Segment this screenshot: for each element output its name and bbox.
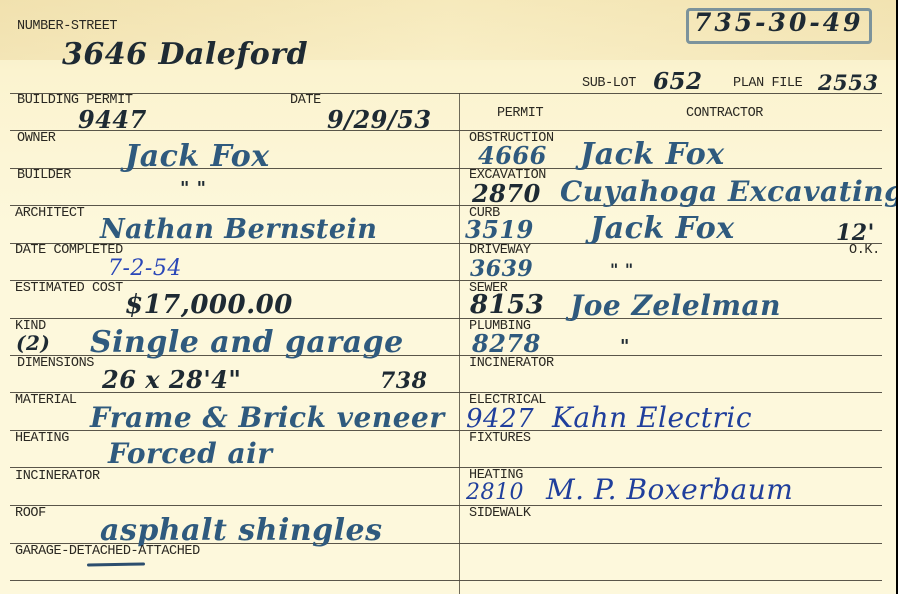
- date-completed-value: 7-2-54: [108, 258, 182, 280]
- obstruction-permit: 4666: [478, 144, 547, 168]
- plan-file-value: 2553: [818, 72, 878, 93]
- dimensions-value: 26 x 28'4": [102, 368, 241, 392]
- rule-line: [10, 580, 882, 581]
- electrical-contractor: Kahn Electric: [552, 404, 752, 432]
- owner-label: OWNER: [17, 132, 56, 146]
- roof-label: ROOF: [15, 507, 46, 521]
- heating-permit: 2810: [466, 482, 524, 504]
- driveway-note: O.K.: [849, 244, 880, 258]
- number-street-value: 3646 Daleford: [62, 40, 308, 70]
- builder-label: BUILDER: [17, 169, 71, 183]
- owner-value: Jack Fox: [125, 142, 270, 172]
- incinerator-label: INCINERATOR: [15, 470, 100, 484]
- detached-underline-mark: [87, 562, 145, 566]
- sub-lot-label: SUB-LOT: [582, 77, 636, 91]
- obstruction-contractor: Jack Fox: [580, 140, 725, 170]
- excavation-contractor: Cuyahoga Excavating: [560, 178, 896, 206]
- dimensions-extra: 738: [380, 370, 427, 392]
- date-label: DATE: [290, 94, 321, 108]
- plumbing-permit: 8278: [472, 332, 541, 356]
- fixtures-label: FIXTURES: [469, 432, 531, 446]
- contractor-column-header: CONTRACTOR: [686, 107, 763, 121]
- curb-permit: 3519: [465, 218, 534, 242]
- architect-value: Nathan Bernstein: [100, 216, 377, 243]
- curb-contractor: Jack Fox: [590, 214, 735, 244]
- electrical-permit: 9427: [466, 406, 534, 432]
- driveway-contractor: " ": [610, 262, 634, 278]
- material-value: Frame & Brick veneer: [90, 404, 445, 432]
- plan-file-label: PLAN FILE: [733, 77, 802, 91]
- sidewalk-label: SIDEWALK: [469, 507, 531, 521]
- estimated-cost-value: $17,000.00: [125, 292, 293, 318]
- number-street-label: NUMBER-STREET: [17, 20, 117, 34]
- driveway-permit: 3639: [470, 258, 533, 280]
- roof-value: asphalt shingles: [100, 516, 383, 546]
- file-number-stamp: 735-30-49: [694, 10, 864, 35]
- curb-note: 12': [836, 222, 875, 244]
- building-permit-card: NUMBER-STREET 3646 Daleford 735-30-49 SU…: [0, 0, 896, 594]
- excavation-permit: 2870: [472, 182, 541, 206]
- heating-contractor: M. P. Boxerbaum: [546, 476, 793, 504]
- estimated-cost-label: ESTIMATED COST: [15, 282, 123, 296]
- incinerator-permit-label: INCINERATOR: [469, 357, 554, 371]
- builder-value: " ": [180, 180, 207, 198]
- material-label: MATERIAL: [15, 394, 77, 408]
- garage-label: GARAGE-DETACHED-ATTACHED: [15, 545, 200, 559]
- sewer-permit: 8153: [470, 292, 544, 318]
- building-permit-value: 9447: [78, 108, 147, 132]
- rule-line: [10, 93, 882, 94]
- date-value: 9/29/53: [327, 108, 432, 132]
- heating-value: Forced air: [108, 440, 273, 468]
- kind-value: Single and garage: [90, 328, 404, 358]
- column-divider: [459, 93, 460, 594]
- plumbing-contractor: ": [620, 338, 630, 356]
- dimensions-label: DIMENSIONS: [17, 357, 94, 371]
- date-completed-label: DATE COMPLETED: [15, 244, 123, 258]
- permit-column-header: PERMIT: [497, 107, 543, 121]
- kind-prefix: (2): [16, 333, 50, 353]
- sewer-contractor: Joe Zelelman: [570, 292, 781, 320]
- sub-lot-value: 652: [653, 70, 703, 93]
- heating-label: HEATING: [15, 432, 69, 446]
- architect-label: ARCHITECT: [15, 207, 84, 221]
